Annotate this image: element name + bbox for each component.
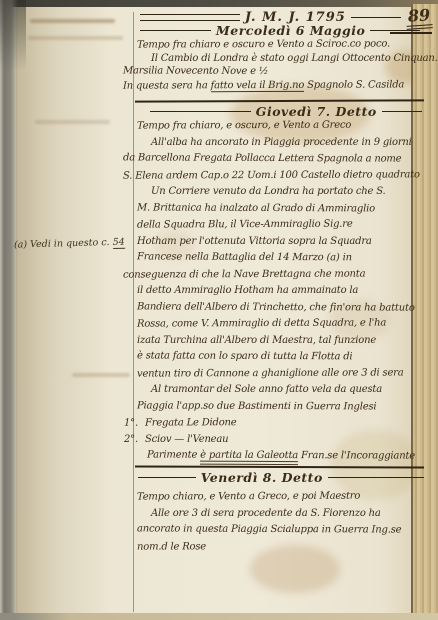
- manuscript-line: Tempo chiaro, e Vento a Greco, e poi Mae…: [137, 488, 413, 506]
- manuscript-line: Hotham per l'ottenuta Vittoria sopra la …: [137, 234, 413, 251]
- scan-frame-left: [0, 0, 18, 620]
- heading-rule: [382, 111, 422, 112]
- manuscript-line: Parimente è partita la Galeotta Fran.se …: [137, 447, 413, 465]
- heading-rule: [328, 477, 424, 478]
- date-heading: Mercoledì 6 Maggio: [216, 23, 365, 38]
- manuscript-line: ventun tiro di Cannone a ghaniglione all…: [137, 365, 413, 383]
- manuscript-line: Bandiera dell'Albero di Trinchetto, che …: [137, 299, 413, 317]
- ship-name: Sciov — l'Veneau: [145, 434, 228, 445]
- manuscript-line: ancorato in questa Piaggia Scialuppa in …: [137, 521, 413, 539]
- heading-rule: [140, 30, 211, 31]
- header-rule-right: [351, 17, 401, 18]
- line-segment: Parimente: [147, 449, 200, 460]
- heading-rule: [150, 111, 251, 112]
- manuscript-line: è stata fatta con lo sparo di tutta la F…: [137, 348, 413, 366]
- manuscript-line: Francese nella Battaglia del 14 Marzo (a…: [137, 249, 413, 267]
- manuscript-line: Marsilia Novecento Nove e ½: [123, 64, 413, 79]
- entry-body: Tempo chiaro, e Vento a Greco, e poi Mae…: [137, 489, 413, 555]
- manuscript-line: S. Elena ardem Cap.o 22 Uom.i 100 Castel…: [123, 167, 413, 185]
- heading-rule: [138, 477, 196, 478]
- entry-body: Tempo fra chiaro e oscuro e Vento a Scir…: [137, 38, 413, 92]
- underlined-segment: fatto vela il Brig.no: [211, 79, 305, 91]
- manuscript-line: nom.d le Rose: [137, 538, 413, 556]
- manuscript-line: In questa sera ha fatto vela il Brig.no …: [123, 78, 413, 93]
- margin-rule-vertical: [133, 12, 134, 612]
- manuscript-line: da Barcellona Fregata Pollacca Lettera S…: [123, 150, 413, 168]
- underlined-segment: è partita la Galeotta: [200, 450, 298, 465]
- date-heading: Venerdì 8. Detto: [201, 470, 323, 485]
- line-segment: In questa sera ha: [123, 80, 211, 91]
- margin-note-reference: 54: [112, 237, 124, 249]
- manuscript-line: della Squadra Blu, il Vice-Ammiraglio Si…: [137, 216, 413, 234]
- manuscript-line: Il Cambio di Londra è stato oggi Langi O…: [137, 52, 413, 66]
- manuscript-line: Piaggia l'app.so due Bastimenti in Guerr…: [137, 398, 413, 416]
- page-gutter-shadow: [16, 0, 111, 620]
- entry-body: Tempo fra chiaro, e oscuro, e Vento a Gr…: [137, 118, 413, 465]
- line-segment: Spagnolo S. Casilda: [304, 79, 404, 90]
- section-rule: [135, 99, 424, 102]
- scan-corner-shadow: [0, 0, 26, 70]
- manuscript-line: Tempo fra chiaro, e oscuro, e Vento a Gr…: [137, 117, 413, 135]
- manuscript-line: Tempo fra chiaro e oscuro e Vento a Scir…: [137, 37, 413, 52]
- header-rule-left: [140, 14, 240, 21]
- margin-note: (a) Vedi in questo c. 54: [14, 236, 136, 250]
- entry-heading-row: Venerdì 8. Detto: [138, 470, 424, 485]
- ship-list-item: 2°.Sciov — l'Veneau: [137, 432, 413, 449]
- ship-list-marker: 1°.: [124, 416, 138, 433]
- manuscript-line: conseguenza di che la Nave Brettagna che…: [123, 266, 413, 284]
- manuscript-line: M. Brittanica ha inalzato al Grado di Am…: [137, 200, 413, 218]
- section-rule: [135, 465, 424, 468]
- manuscript-line: Rossa, come V. Ammiraglio di detta Squad…: [137, 315, 413, 333]
- book-fore-edge: [411, 4, 438, 620]
- scan-frame-bottom: [0, 613, 438, 620]
- manuscript-line: Alle ore 3 di sera procedente da S. Fior…: [137, 506, 413, 523]
- ship-list-marker: 2°.: [124, 432, 138, 449]
- manuscript-line: il detto Ammiraglio Hotham ha ammainato …: [137, 283, 413, 300]
- manuscript-line: Al tramontar del Sole anno fatto vela da…: [137, 382, 413, 399]
- line-segment: Fran.se l'Incoraggiante: [298, 450, 415, 462]
- ship-list-item: 1°.Fregata Le Didone: [137, 414, 413, 432]
- manuscript-line: izata Turchina all'Albero di Maestra, ta…: [137, 333, 413, 350]
- manuscript-page-photo: J. M. J. 1795 89 Mercoledì 6 Maggio Temp…: [0, 0, 438, 620]
- ship-name: Fregata Le Didone: [145, 417, 237, 428]
- manuscript-line: All'alba ha ancorato in Piaggia proceden…: [137, 135, 413, 152]
- entry-heading-row: Mercoledì 6 Maggio: [140, 23, 420, 38]
- heading-rule: [370, 30, 420, 31]
- manuscript-line: Un Corriere venuto da Londra ha portato …: [137, 184, 413, 201]
